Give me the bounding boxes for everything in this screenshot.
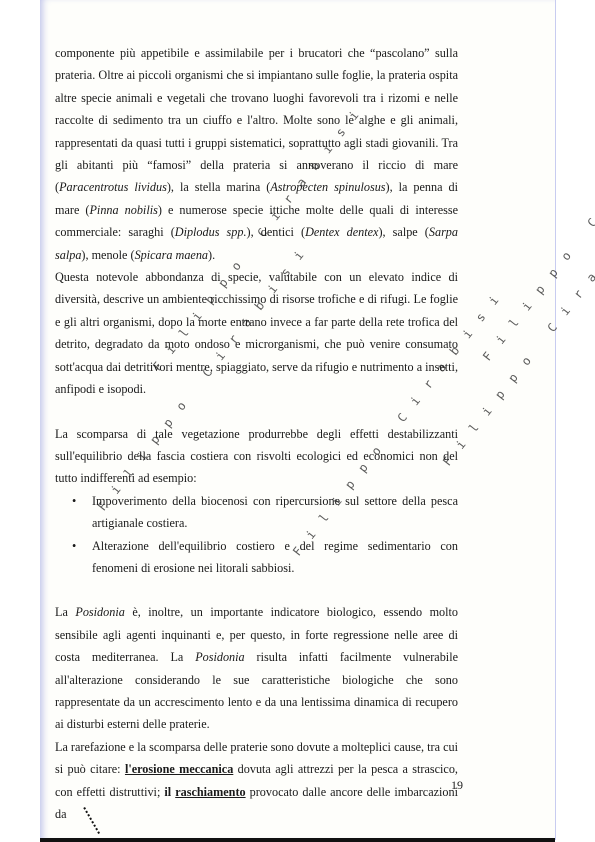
page-number: 19 xyxy=(451,778,463,793)
page-bottom-edge xyxy=(40,838,555,842)
paragraph: componente più appetibile e assimilabile… xyxy=(55,42,458,266)
bullet-list: Impoverimento della biocenosi con riperc… xyxy=(55,490,458,580)
list-item: Impoverimento della biocenosi con riperc… xyxy=(80,490,458,535)
document-body: componente più appetibile e assimilabile… xyxy=(55,42,458,825)
paragraph: La Posidonia è, inoltre, un importante i… xyxy=(55,601,458,735)
paragraph: La scomparsa di tale vegetazione produrr… xyxy=(55,423,458,490)
list-item: Alterazione dell'equilibrio costiero e d… xyxy=(80,535,458,580)
paragraph: La rarefazione e la scomparsa delle prat… xyxy=(55,736,458,826)
paragraph: Questa notevole abbondanza di specie, va… xyxy=(55,266,458,400)
